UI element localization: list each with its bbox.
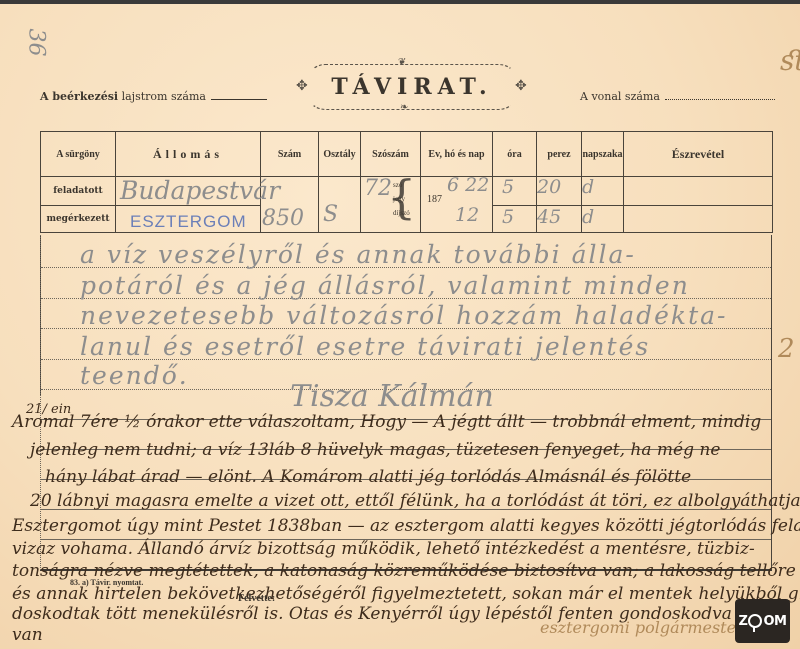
message-line: lanul és esetről esetre távirati jelenté… [80,332,650,361]
date-received-value: 12 [455,204,479,226]
reply-line: van [12,625,43,645]
margin-mark-top-right: ﬆ [780,44,800,77]
message-line: potáról és a jég állásról, valamint mind… [80,271,690,300]
zoom-watermark-logo: ZOM [735,599,790,643]
title-cartouche: TÁVIRAT. [305,64,519,110]
reply-line: 20 lábnyi magasra emelte a vizet ott, et… [30,491,800,511]
mayor-signature: esztergomi polgármester [540,618,744,637]
cell-hour-received [493,206,537,233]
reply-line: Aromal 7ére ½ órakor ette válaszoltam, H… [12,412,761,432]
document-title: TÁVIRAT. [331,74,492,100]
hour-received-value: 5 [502,206,514,228]
hour-sent-value: 5 [502,176,514,198]
ornament-bottom-icon: ❧ [400,102,408,113]
registry-number-field [211,99,267,100]
header-number: Szám [261,132,319,177]
line-number-label: A vonal száma [580,90,775,103]
reply-line: és annak hirtelen bekövetkezhetőségéről … [12,584,800,604]
margin-mark-right: 2 [778,334,795,364]
header-station: Állomás [116,132,261,177]
reply-line: hány lábat árad — elönt. A Komárom alatt… [45,467,691,487]
period-received-value: d [582,206,594,228]
row-label-received: megérkezett [41,206,116,233]
line-number-field [665,99,775,100]
ornament-right-icon: ✥ [515,78,527,94]
reply-line: vizaz vohama. Állandó árvíz bizottság mű… [12,539,755,559]
header-class: Osztály [319,132,361,177]
reply-line: Esztergomot úgy mint Pestet 1838ban — az… [12,516,800,536]
date-sent-value: 6 22 [447,174,489,196]
message-line: teendő. [80,361,189,390]
station-sent-value: Budapestvár [120,176,280,205]
archive-page-number: 36 [24,29,49,57]
received-by-label: Felvette: [238,593,275,604]
header-remarks: Észrevétel [624,132,773,177]
word-sublabel-words: szó [393,181,402,189]
word-sublabel-fee-words: díjszó [393,209,410,217]
telegram-document: 36 ﬆ 2 A beérkezési lajstrom száma ❦ ✥ T… [0,4,800,649]
header-period: napszaka [582,132,624,177]
row-label-sent: feladatott [41,177,116,206]
header-telegram: A sürgöny [41,132,116,177]
message-line: nevezetesebb változásról hozzám haladékt… [80,301,727,330]
word-sublabel-chars: jegy [393,195,405,203]
form-code: 83. a) Távir. nyomtat. [70,578,143,587]
minute-sent-value: 20 [537,176,561,198]
class-value: S [323,202,338,227]
cell-hour-sent [493,177,537,206]
minute-received-value: 45 [537,206,561,228]
station-received-stamp: ESZTERGOM [130,212,247,232]
sender-signature: Tisza Kálmán [290,379,494,414]
registry-number-label: A beérkezési lajstrom száma [40,90,267,103]
header-date: Ev, hó és nap [421,132,493,177]
period-sent-value: d [582,176,594,198]
reply-line: jelenleg nem tudni; a víz 13láb 8 hüvely… [30,440,720,460]
message-line: a víz veszélyről és annak további álla- [80,240,636,269]
cell-remarks-sent [624,177,773,206]
cell-remarks-received [624,206,773,233]
header-minute: perez [537,132,582,177]
year-prefix: 187 [427,194,442,205]
header-hour: óra [493,132,537,177]
zoom-logo-icon: ZOM [739,614,787,629]
telegram-number-value: 850 [262,206,304,231]
